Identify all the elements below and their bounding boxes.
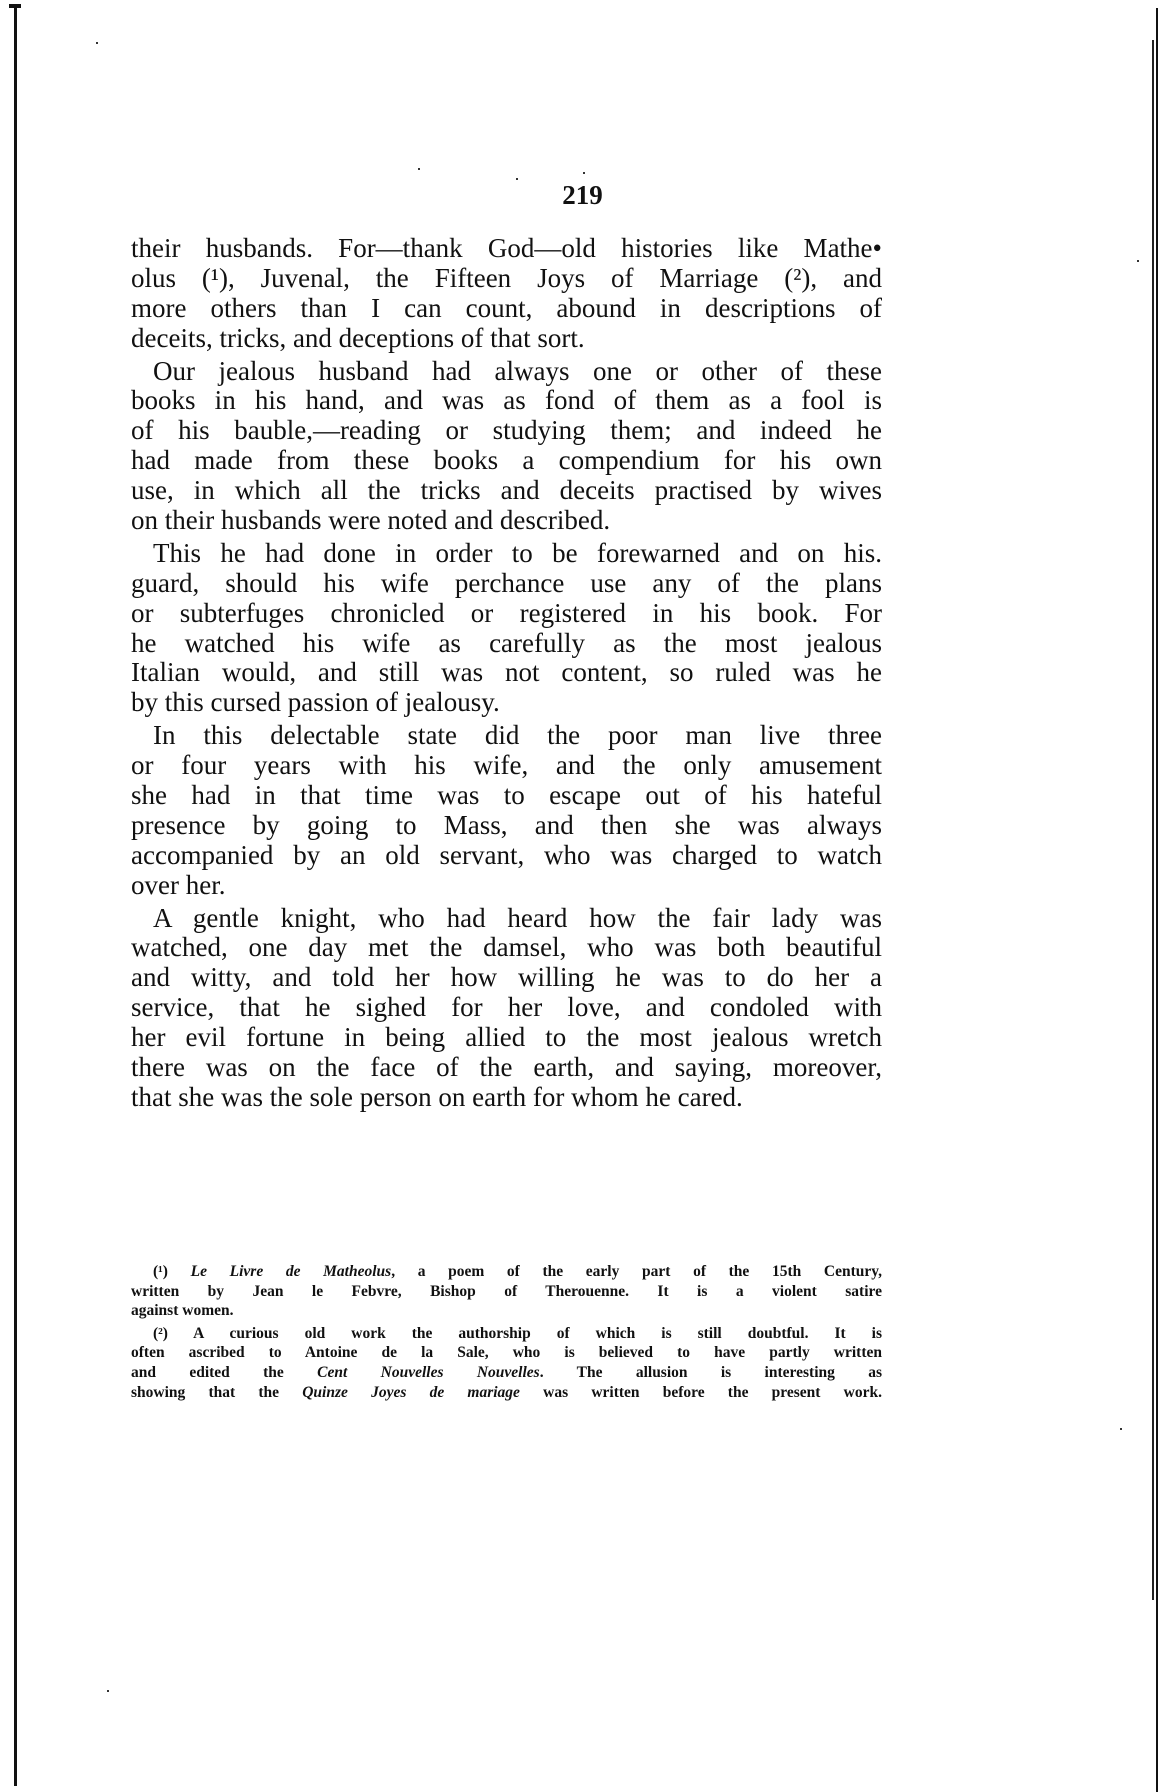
text-line: olus (¹), Juvenal, the Fifteen Joys of M…	[131, 264, 882, 294]
text-line: This he had done in order to be forewarn…	[131, 539, 882, 569]
text-line: there was on the face of the earth, and …	[131, 1053, 882, 1083]
text-line: and witty, and told her how willing he w…	[131, 963, 882, 993]
footnote-title-italic: Quinze Joyes de mariage	[302, 1384, 520, 1401]
scan-speck	[516, 178, 518, 180]
scan-speck	[107, 1690, 109, 1692]
scan-edge-left	[14, 6, 17, 1786]
scan-speck	[1137, 260, 1139, 262]
footnote-text: A curious old work the authorship of whi…	[193, 1325, 882, 1342]
scan-speck	[583, 172, 585, 174]
footnote-title-italic: Le Livre de Matheolus	[191, 1263, 392, 1280]
footnote-1: (¹) Le Livre de Matheolus, a poem of the…	[131, 1262, 882, 1321]
text-line: she had in that time was to escape out o…	[131, 781, 882, 811]
page-number: 219	[0, 180, 1165, 211]
text-line: their husbands. For—thank God—old histor…	[131, 234, 882, 264]
body-text: their husbands. For—thank God—old histor…	[131, 234, 882, 1113]
footnote-marker: (¹)	[153, 1263, 168, 1280]
text-line: use, in which all the tricks and deceits…	[131, 476, 882, 506]
text-line: more others than I can count, abound in …	[131, 294, 882, 324]
footnotes: (¹) Le Livre de Matheolus, a poem of the…	[131, 1262, 882, 1402]
text-line: of his bauble,—reading or studying them;…	[131, 416, 882, 446]
footnote-marker: (²)	[153, 1325, 168, 1342]
footnote-text: , a poem of the early part of the 15th C…	[391, 1263, 882, 1280]
text-line: A gentle knight, who had heard how the f…	[131, 904, 882, 934]
text-line: Our jealous husband had always one or ot…	[131, 357, 882, 387]
paragraph-2: Our jealous husband had always one or ot…	[131, 357, 882, 536]
footnote-text: showing that the	[131, 1384, 302, 1401]
footnote-line: showing that the Quinze Joyes de mariage…	[131, 1383, 882, 1403]
text-line: deceits, tricks, and deceptions of that …	[131, 324, 882, 354]
text-line: by this cursed passion of jealousy.	[131, 688, 882, 718]
paragraph-5: A gentle knight, who had heard how the f…	[131, 904, 882, 1113]
text-line: on their husbands were noted and describ…	[131, 506, 882, 536]
text-line: accompanied by an old servant, who was c…	[131, 841, 882, 871]
text-line: that she was the sole person on earth fo…	[131, 1083, 882, 1113]
text-line: Italian would, and still was not content…	[131, 658, 882, 688]
footnote-line: written by Jean le Febvre, Bishop of The…	[131, 1282, 882, 1302]
text-line: service, that he sighed for her love, an…	[131, 993, 882, 1023]
text-line: In this delectable state did the poor ma…	[131, 721, 882, 751]
text-line: or subterfuges chronicled or registered …	[131, 599, 882, 629]
text-line: over her.	[131, 871, 882, 901]
text-line: guard, should his wife perchance use any…	[131, 569, 882, 599]
text-line: watched, one day met the damsel, who was…	[131, 933, 882, 963]
scan-speck	[1120, 1428, 1122, 1430]
scan-edge-right-outer	[1156, 8, 1158, 1792]
text-line: he watched his wife as carefully as the …	[131, 629, 882, 659]
footnote-line: (²) A curious old work the authorship of…	[131, 1324, 882, 1344]
text-line: or four years with his wife, and the onl…	[131, 751, 882, 781]
footnote-2: (²) A curious old work the authorship of…	[131, 1324, 882, 1402]
footnote-text: was written before the present work.	[520, 1384, 882, 1401]
footnote-line: often ascribed to Antoine de la Sale, wh…	[131, 1343, 882, 1363]
scan-speck	[96, 42, 98, 44]
footnote-line: (¹) Le Livre de Matheolus, a poem of the…	[131, 1262, 882, 1282]
scan-speck	[418, 168, 420, 170]
text-line: books in his hand, and was as fond of th…	[131, 386, 882, 416]
footnote-title-italic: Cent Nouvelles Nouvelles	[317, 1364, 540, 1381]
text-line: her evil fortune in being allied to the …	[131, 1023, 882, 1053]
footnote-line: and edited the Cent Nouvelles Nouvelles.…	[131, 1363, 882, 1383]
scan-edge-right-inner	[1152, 40, 1154, 1600]
text-line: presence by going to Mass, and then she …	[131, 811, 882, 841]
text-line: had made from these books a compendium f…	[131, 446, 882, 476]
footnote-text: . The allusion is interesting as	[540, 1364, 882, 1381]
footnote-line: against women.	[131, 1301, 882, 1321]
paragraph-1: their husbands. For—thank God—old histor…	[131, 234, 882, 354]
paragraph-3: This he had done in order to be forewarn…	[131, 539, 882, 718]
paragraph-4: In this delectable state did the poor ma…	[131, 721, 882, 900]
footnote-text: and edited the	[131, 1364, 317, 1381]
